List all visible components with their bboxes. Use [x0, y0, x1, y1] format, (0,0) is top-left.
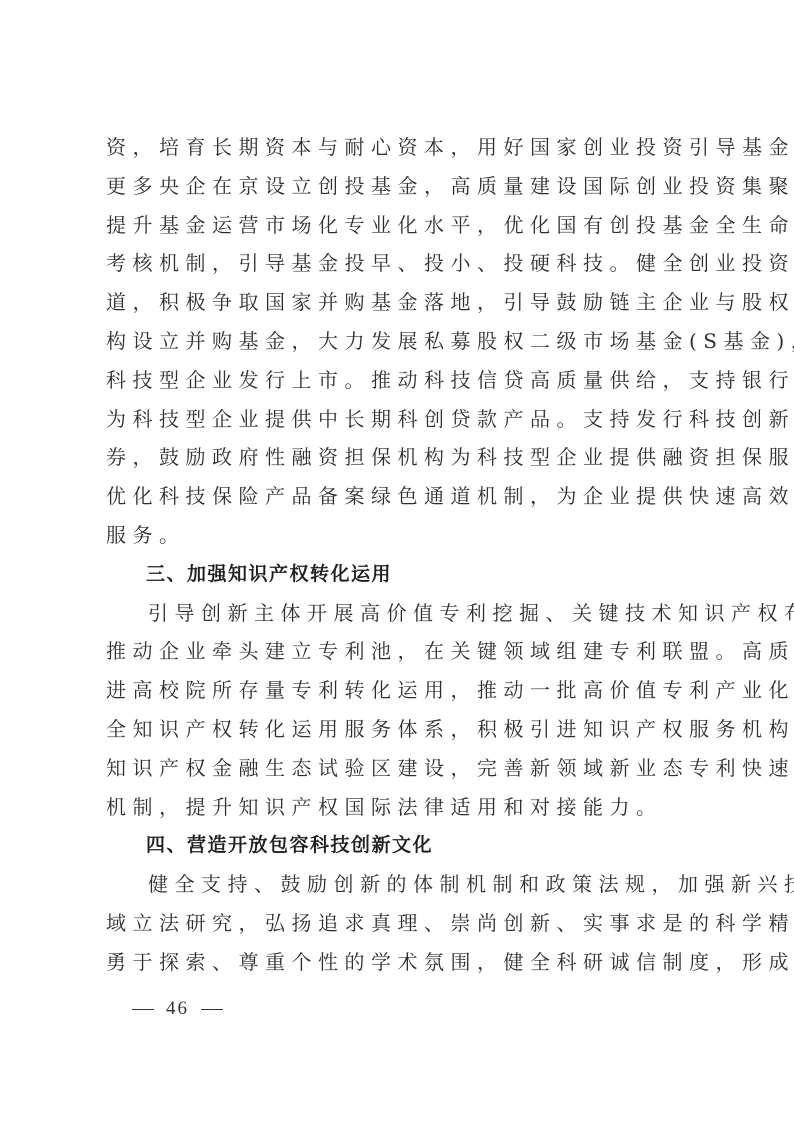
text-line: 考核机制，引导基金投早、投小、投硬科技。健全创业投资退出渠 — [106, 244, 692, 283]
text-line: 券，鼓励政府性融资担保机构为科技型企业提供融资担保服务。 — [106, 438, 692, 477]
text-line: 优化科技保险产品备案绿色通道机制，为企业提供快速高效保险 — [106, 477, 692, 516]
text-line: 更多央企在京设立创投基金，高质量建设国际创业投资集聚区。 — [106, 167, 692, 206]
text-line: 进高校院所存量专利转化运用，推动一批高价值专利产业化。健 — [106, 671, 692, 710]
document-page: 资，培育长期资本与耐心资本，用好国家创业投资引导基金，推动 更多央企在京设立创投… — [106, 128, 692, 982]
dash-right — [201, 1009, 223, 1011]
text-line: 引导创新主体开展高价值专利挖掘、关键技术知识产权布局， — [106, 594, 692, 633]
text-line: 科技型企业发行上市。推动科技信贷高质量供给，支持银行机构 — [106, 361, 692, 400]
text-line: 健全支持、鼓励创新的体制机制和政策法规，加强新兴技术领 — [106, 865, 692, 904]
page-number: 46 — [120, 998, 235, 1020]
section-heading-ip: 三、加强知识产权转化运用 — [106, 555, 692, 594]
text-line: 资，培育长期资本与耐心资本，用好国家创业投资引导基金，推动 — [106, 128, 692, 167]
paragraph-ip: 引导创新主体开展高价值专利挖掘、关键技术知识产权布局， 推动企业牵头建立专利池，… — [106, 594, 692, 827]
text-line: 提升基金运营市场化专业化水平，优化国有创投基金全生命周期 — [106, 206, 692, 245]
section-heading-culture: 四、营造开放包容科技创新文化 — [106, 826, 692, 865]
text-line: 服务。 — [106, 516, 692, 555]
text-line: 道，积极争取国家并购基金落地，引导鼓励链主企业与股权投资机 — [106, 283, 692, 322]
text-line: 域立法研究，弘扬追求真理、崇尚创新、实事求是的科学精神，倡导 — [106, 904, 692, 943]
text-line: 推动企业牵头建立专利池，在关键领域组建专利联盟。高质量推 — [106, 632, 692, 671]
text-line: 机制，提升知识产权国际法律适用和对接能力。 — [106, 788, 692, 827]
page-number-value: 46 — [166, 998, 189, 1019]
text-line: 勇于探索、尊重个性的学术氛围，健全科研诚信制度，形成追求创 — [106, 943, 692, 982]
text-line: 全知识产权转化运用服务体系，积极引进知识产权服务机构，推进 — [106, 710, 692, 749]
paragraph-culture: 健全支持、鼓励创新的体制机制和政策法规，加强新兴技术领 域立法研究，弘扬追求真理… — [106, 865, 692, 981]
paragraph-financing: 资，培育长期资本与耐心资本，用好国家创业投资引导基金，推动 更多央企在京设立创投… — [106, 128, 692, 555]
text-line: 构设立并购基金，大力发展私募股权二级市场基金(S基金)，支持 — [106, 322, 692, 361]
text-line: 为科技型企业提供中长期科创贷款产品。支持发行科技创新债 — [106, 400, 692, 439]
text-line: 知识产权金融生态试验区建设，完善新领域新业态专利快速审查 — [106, 749, 692, 788]
dash-left — [132, 1009, 154, 1011]
